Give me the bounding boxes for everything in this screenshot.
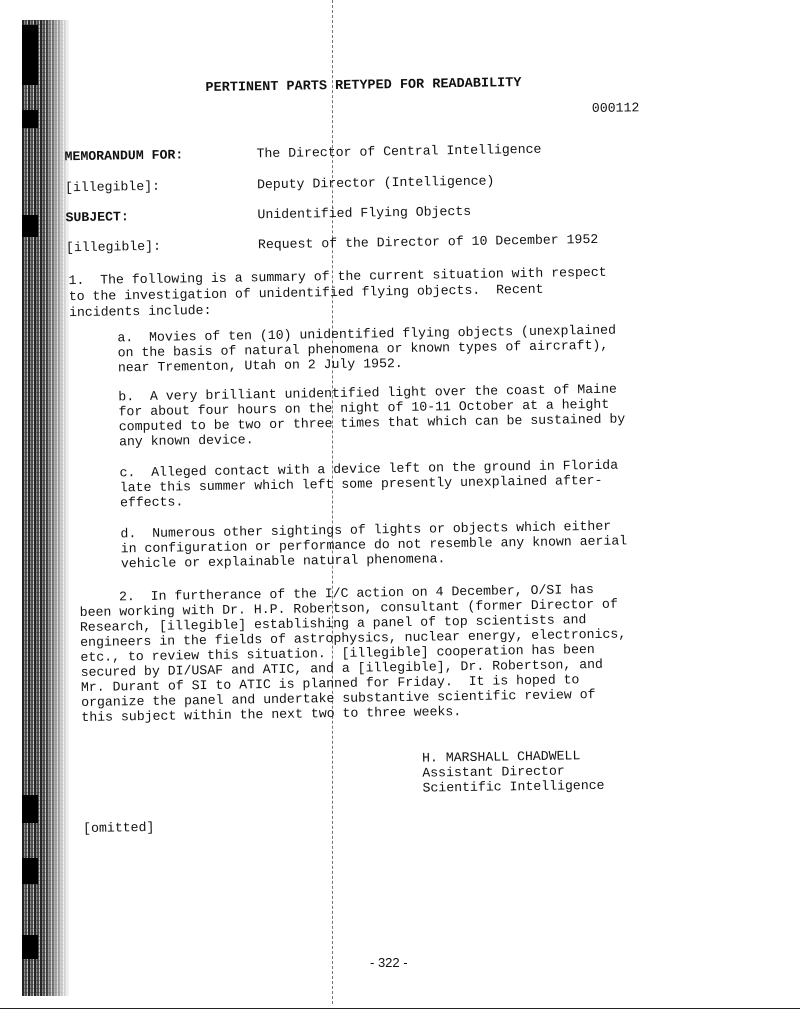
header-label-illegible-2: [illegible]: <box>66 239 161 256</box>
header-value-via: Deputy Director (Intelligence) <box>257 173 495 192</box>
header-value-subject: Unidentified Flying Objects <box>257 204 471 223</box>
signature-office: Scientific Intelligence <box>422 778 604 796</box>
incident-item-c: c. Alleged contact with a device left on… <box>0 0 792 6</box>
paragraph-1: 1. The following is a summary of the cur… <box>0 0 792 6</box>
omitted-note: [omitted] <box>83 820 154 837</box>
header-value-memorandum-for: The Director of Central Intelligence <box>256 142 541 162</box>
incident-item-b: b. A very brilliant unidentified light o… <box>0 0 792 6</box>
header-label-memorandum-for: MEMORANDUM FOR: <box>64 147 183 164</box>
incident-item-d: d. Numerous other sightings of lights or… <box>0 0 792 6</box>
paragraph-2: 2. In furtherance of the I/C action on 4… <box>0 0 792 6</box>
page-title: PERTINENT PARTS RETYPED FOR READABILITY <box>205 76 521 96</box>
header-label-illegible-1: [illegible]: <box>65 179 160 196</box>
header-value-reference: Request of the Director of 10 December 1… <box>258 232 598 253</box>
memo-body: PERTINENT PARTS RETYPED FOR READABILITY … <box>0 0 800 1014</box>
scanned-page: PERTINENT PARTS RETYPED FOR READABILITY … <box>0 0 800 1014</box>
header-label-subject: SUBJECT: <box>65 209 129 225</box>
signature-block: H. MARSHALL CHADWELL Assistant Director … <box>0 0 792 6</box>
document-number: 000112 <box>592 100 640 116</box>
page-number: - 322 - <box>370 955 408 971</box>
incident-item-a: a. Movies of ten (10) unidentified flyin… <box>0 0 792 6</box>
